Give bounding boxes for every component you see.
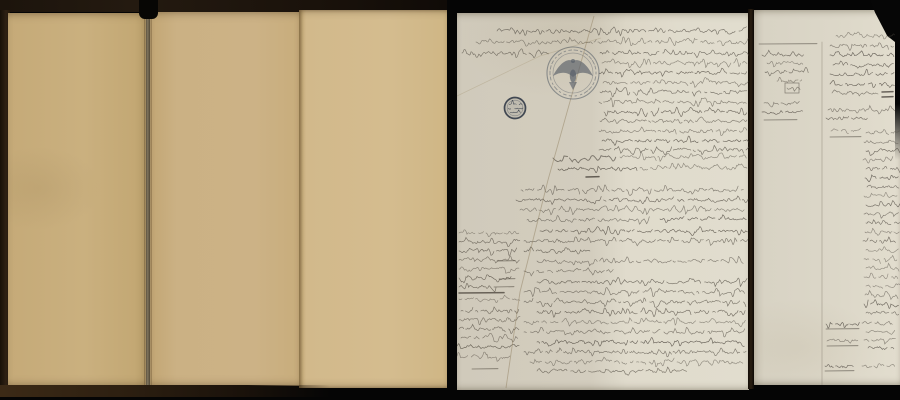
gutter-top-notch bbox=[139, 0, 158, 19]
scanned-book-spread bbox=[0, 0, 900, 400]
book-cover-bottom-edge bbox=[0, 385, 330, 397]
blank-flyleaf-verso bbox=[8, 13, 146, 386]
manuscript-left-page bbox=[457, 13, 749, 390]
manuscript-right-page bbox=[754, 10, 900, 385]
binding-gutter-seam bbox=[144, 12, 152, 387]
blank-flyleaf-overlay bbox=[299, 10, 447, 388]
blank-flyleaf-recto bbox=[150, 12, 299, 386]
right-edge-shadow bbox=[895, 0, 900, 160]
